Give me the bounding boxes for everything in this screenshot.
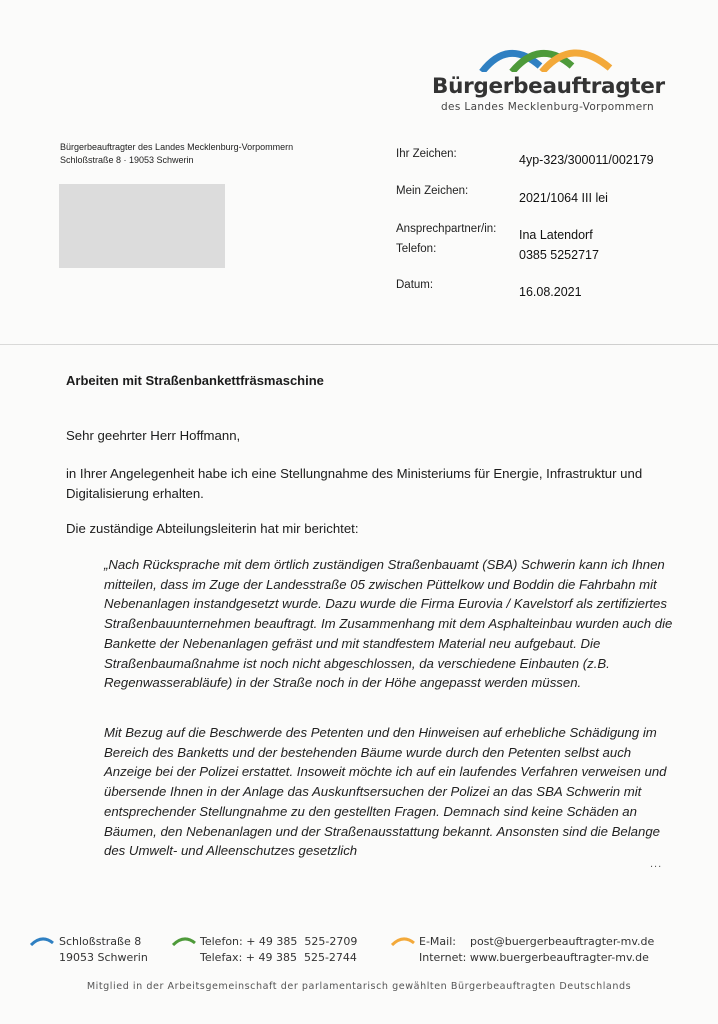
salutation: Sehr geehrter Herr Hoffmann, <box>66 426 686 446</box>
logo-title: Bürgerbeauftragter <box>432 74 654 99</box>
quote-paragraph-1: „Nach Rücksprache mit dem örtlich zustän… <box>104 555 674 693</box>
footer-phone-line: Telefon: + 49 385 525-2709 <box>200 934 357 950</box>
intro-paragraph: in Ihrer Angelegenheit habe ich eine Ste… <box>66 464 686 503</box>
footer-phone: Telefon: + 49 385 525-2709 Telefax: + 49… <box>200 934 357 966</box>
logo-subtitle: des Landes Mecklenburg-Vorpommern <box>420 101 654 113</box>
redacted-recipient-address <box>59 184 225 268</box>
ihr-zeichen-value: 4yp-323/300011/002179 <box>519 153 654 167</box>
footer-contact: E-Mail: post@buergerbeauftragter-mv.de I… <box>419 934 654 966</box>
footer-address: Schloßstraße 8 19053 Schwerin <box>59 934 148 966</box>
sender-address: Bürgerbeauftragter des Landes Mecklenbur… <box>60 141 293 167</box>
phone-value: 0385 5252717 <box>519 248 599 262</box>
blue-arc-icon <box>30 936 54 946</box>
date-label: Datum: <box>396 279 433 291</box>
continuation-marker: ... <box>650 858 662 870</box>
logo-arcs-icon <box>478 40 618 72</box>
green-arc-icon <box>172 936 196 946</box>
mein-zeichen-value: 2021/1064 III lei <box>519 191 608 205</box>
sender-line-1: Bürgerbeauftragter des Landes Mecklenbur… <box>60 141 293 154</box>
fold-line <box>0 344 718 345</box>
footer-address-line-2: 19053 Schwerin <box>59 950 148 966</box>
sender-line-2: Schloßstraße 8 · 19053 Schwerin <box>60 154 293 167</box>
date-value: 16.08.2021 <box>519 285 582 299</box>
mein-zeichen-label: Mein Zeichen: <box>396 185 468 197</box>
footer-fax-line: Telefax: + 49 385 525-2744 <box>200 950 357 966</box>
reported-line: Die zuständige Abteilungsleiterin hat mi… <box>66 519 686 539</box>
membership-note: Mitglied in der Arbeitsgemeinschaft der … <box>0 981 718 992</box>
phone-label: Telefon: <box>396 243 436 255</box>
orange-arc-icon <box>391 936 415 946</box>
footer-website[interactable]: Internet: www.buergerbeauftragter-mv.de <box>419 950 654 966</box>
contact-label: Ansprechpartner/in: <box>396 223 496 235</box>
ihr-zeichen-label: Ihr Zeichen: <box>396 148 457 160</box>
footer-address-line-1: Schloßstraße 8 <box>59 934 148 950</box>
contact-value: Ina Latendorf <box>519 228 593 242</box>
quote-paragraph-2: Mit Bezug auf die Beschwerde des Petente… <box>104 723 674 861</box>
letter-subject: Arbeiten mit Straßenbankettfräsmaschine <box>66 373 324 388</box>
footer-email[interactable]: E-Mail: post@buergerbeauftragter-mv.de <box>419 934 654 950</box>
